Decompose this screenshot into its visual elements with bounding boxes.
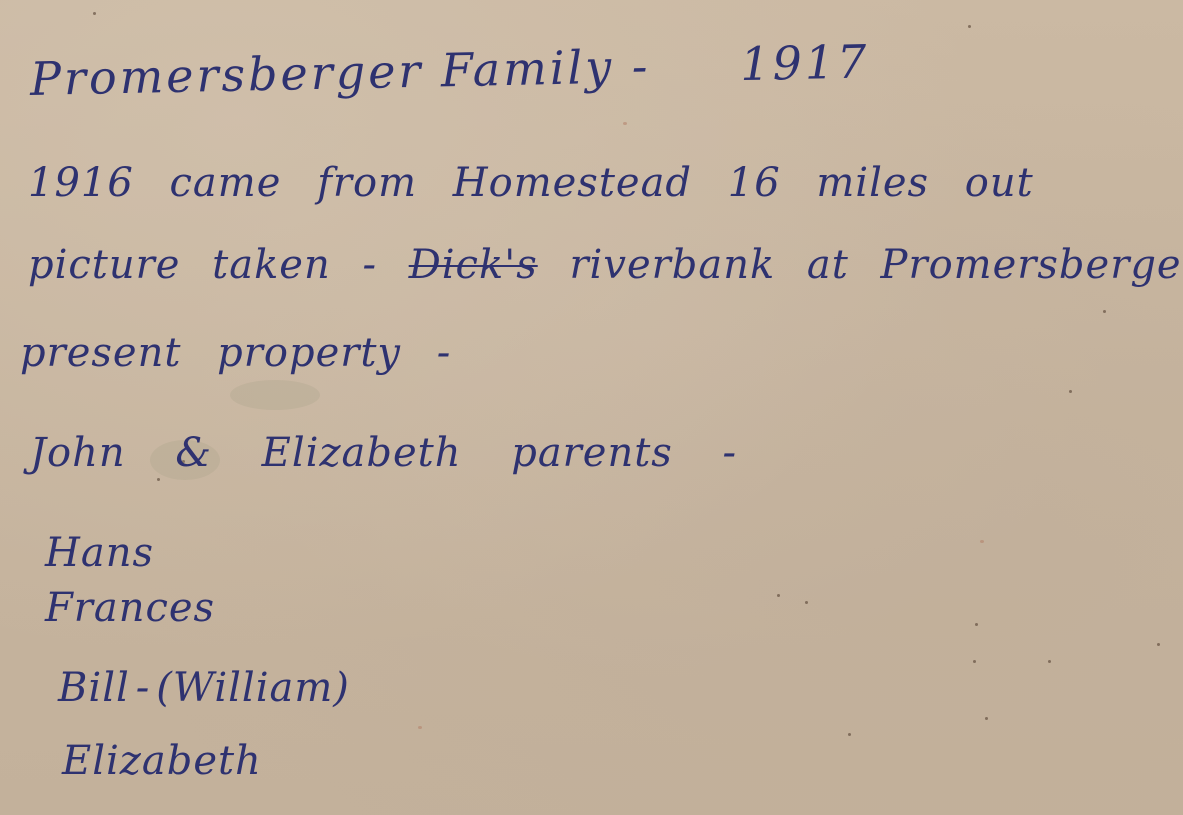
paper-speck bbox=[1069, 390, 1072, 393]
child-name: Hans bbox=[45, 530, 154, 576]
paper-speck bbox=[1103, 310, 1106, 313]
paper-speck bbox=[985, 717, 988, 720]
note-line-present-property: present property - bbox=[20, 330, 451, 376]
child-name: Frances bbox=[45, 585, 215, 631]
title-family-name: Promersberger Family - bbox=[29, 39, 650, 106]
child-name: Elizabeth bbox=[62, 738, 262, 784]
struck-out-word: Dick's bbox=[409, 242, 538, 288]
child-name: Bill-(William) bbox=[58, 665, 350, 711]
paper-speck bbox=[973, 660, 976, 663]
paper-speck bbox=[777, 594, 780, 597]
child-dash: - bbox=[136, 665, 151, 711]
title-year: 1917 bbox=[740, 34, 870, 91]
note-line-picture-location: picture taken - Dick's riverbank at Prom… bbox=[28, 242, 1183, 288]
paper-speck bbox=[1157, 643, 1160, 646]
paper-speck bbox=[157, 478, 160, 481]
note-line-parents: John & Elizabeth parents - bbox=[30, 430, 737, 476]
riverbank-text: riverbank at Promersberger's bbox=[569, 242, 1183, 288]
paper-speck bbox=[805, 601, 808, 604]
aged-paper-note: Promersberger Family -1917 1916 came fro… bbox=[0, 0, 1183, 815]
paper-speck bbox=[418, 726, 422, 729]
paper-speck bbox=[1048, 660, 1051, 663]
paper-speck bbox=[980, 540, 984, 543]
paper-speck bbox=[975, 623, 978, 626]
paper-smudge bbox=[230, 380, 320, 410]
child-full-name: (William) bbox=[156, 665, 350, 711]
paper-speck bbox=[848, 733, 851, 736]
picture-taken-text: picture taken - bbox=[28, 242, 377, 288]
note-title: Promersberger Family -1917 bbox=[29, 34, 869, 106]
paper-speck bbox=[93, 12, 96, 15]
note-line-origin: 1916 came from Homestead 16 miles out bbox=[28, 160, 1034, 206]
child-nickname: Bill bbox=[58, 665, 130, 711]
paper-speck bbox=[968, 25, 971, 28]
paper-speck bbox=[623, 122, 627, 125]
